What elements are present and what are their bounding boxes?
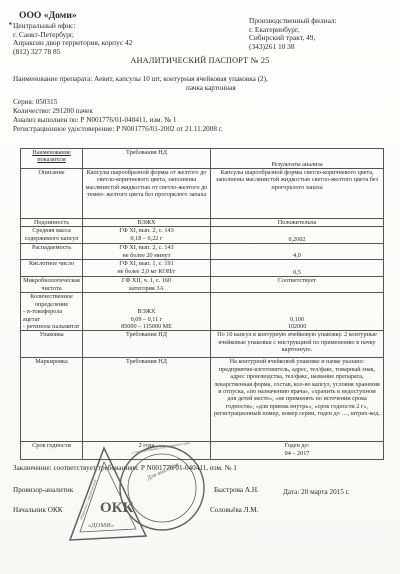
analysis-table: Наименование показателя Требования НД Ре…	[20, 148, 384, 460]
row-name: Упаковка	[21, 331, 83, 358]
table-header-row: Наименование показателя Требования НД Ре…	[21, 149, 384, 169]
row-requirement: Требования НД	[83, 358, 211, 442]
row-requirement: Требования НД	[83, 331, 211, 358]
svg-text:Общество с ограниченной: Общество с ограниченной	[79, 479, 97, 520]
product-name-cont: пачка картонная	[186, 84, 236, 92]
row-name: Количественное определение - α-токоферол…	[21, 293, 83, 331]
analyst-name: Быстрова А.Н.	[214, 486, 259, 494]
row-result: Соответствует	[211, 277, 384, 293]
row-requirement: ГФ XI, вып. 2, с. 1430,18 – 0,22 г	[83, 227, 211, 244]
registration-certificate: Регистрационное удостоверение: Р N001776…	[13, 125, 223, 134]
svg-text:«ДОМИ»: «ДОМИ»	[88, 522, 114, 529]
analyst-title: Провизор-аналитик	[13, 486, 73, 494]
row-requirement: Капсулы шарообразной формы от желтого до…	[83, 169, 211, 219]
row-name: Средняя масса содержимого капсул	[21, 227, 83, 244]
row-name: Срок годности	[21, 442, 83, 460]
product-name: Наименование препарата: Аевит, капсулы 1…	[13, 75, 268, 84]
table-row: Маркировка Требования НД На контурной яч…	[21, 358, 384, 442]
row-result: Годен до:04 – 2017	[211, 442, 384, 460]
production-branch-block: Производственный филиал: г. Екатеринбург…	[249, 17, 337, 51]
row-name: Маркировка	[21, 358, 83, 442]
row-result: На контурной ячейковой упаковке и пачке …	[211, 358, 384, 442]
table-row: Средняя масса содержимого капсул ГФ XI, …	[21, 227, 384, 244]
row-result: Положительна	[211, 219, 384, 227]
row-name: Микробиологическая чистота	[21, 277, 83, 293]
table-row: Упаковка Требования НД По 10 капсул в ко…	[21, 331, 384, 358]
table-row: Распадаемость ГФ XI, вып. 2, с. 143не бо…	[21, 244, 384, 260]
document-title: АНАЛИТИЧЕСКИЙ ПАСПОРТ № 25	[0, 56, 400, 65]
row-result: 0,5	[211, 260, 384, 277]
row-name: Кислотное число	[21, 260, 83, 277]
table-row: Количественное определение - α-токоферол…	[21, 293, 384, 331]
row-result: 4,0	[211, 244, 384, 260]
document-page: ▪ ООО «Доми» Центральный офис: г. Санкт-…	[0, 0, 400, 574]
row-result: 0,100 102000	[211, 293, 384, 331]
row-result: 0,2002	[211, 227, 384, 244]
conclusion: Заключение: соответствует требованиям: Р…	[13, 464, 237, 472]
head-name: Соловьёва Л.М.	[210, 506, 258, 514]
row-result: Капсулы шарообразной формы светло-коричн…	[211, 169, 384, 219]
header-requirements: Требования НД	[83, 149, 211, 169]
central-office-block: ООО «Доми» Центральный офис: г. Санкт-Пе…	[13, 10, 132, 56]
branch-phone: (343)261 10 38	[249, 43, 337, 52]
row-requirement: ВЭЖХ	[83, 219, 211, 227]
row-name: Описание	[21, 169, 83, 219]
svg-text:ОКК: ОКК	[100, 500, 134, 516]
analysis-basis: Анализ выполнен по: Р N001776/01-040411,…	[13, 116, 176, 125]
head-title: Начальник ОКК	[13, 506, 63, 514]
row-requirement: ГФ XII, ч. 1, с. 160категория 3А	[83, 277, 211, 293]
header-results: Результаты анализа	[211, 149, 384, 169]
scan-mark: ▪	[9, 19, 12, 28]
table-row: Описание Капсулы шарообразной формы от ж…	[21, 169, 384, 219]
row-name: Подлинность	[21, 219, 83, 227]
row-requirement: ГФ XI, вып. 2, с. 143не более 20 минут	[83, 244, 211, 260]
quantity: Количество: 291200 пачек	[13, 107, 93, 116]
row-requirement: ВЭЖХ 0,09 – 0,11 г 85000 – 115000 МЕ	[83, 293, 211, 331]
table-row: Срок годности 2 года Годен до:04 – 2017	[21, 442, 384, 460]
document-date: Дата: 20 марта 2015 г.	[283, 488, 350, 496]
row-name: Распадаемость	[21, 244, 83, 260]
table-row: Подлинность ВЭЖХ Положительна	[21, 219, 384, 227]
series: Серия: 050315	[13, 98, 57, 107]
header-indicator: Наименование показателя	[21, 149, 83, 169]
table-row: Кислотное число ГФ XI, вып. 1, с. 191не …	[21, 260, 384, 277]
row-result: По 10 капсул в контурную ячейковую упако…	[211, 331, 384, 358]
table-row: Микробиологическая чистота ГФ XII, ч. 1,…	[21, 277, 384, 293]
row-requirement: 2 года	[83, 442, 211, 460]
row-requirement: ГФ XI, вып. 1, с. 191не более 2,0 мг КОН…	[83, 260, 211, 277]
